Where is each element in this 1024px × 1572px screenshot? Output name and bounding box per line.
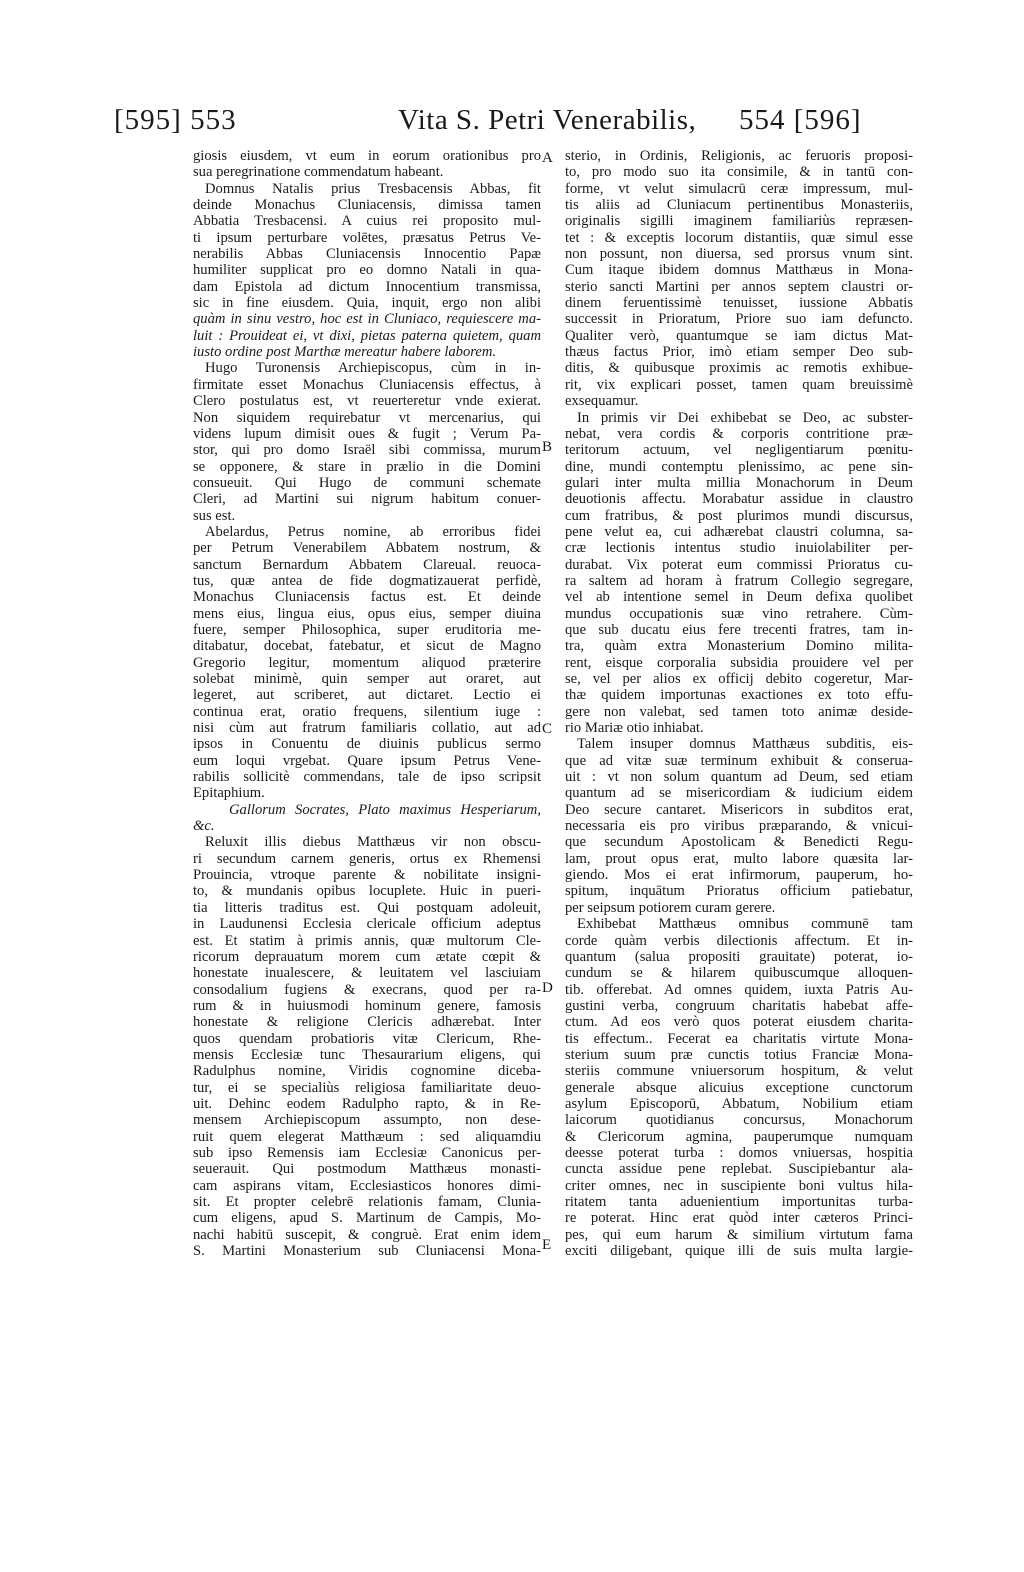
- text-line: rio Mariæ otio inhiabat.: [565, 720, 913, 736]
- text-line: tia litteris traditus est. Qui postquam …: [193, 900, 541, 916]
- page-number-left: [595] 553: [114, 100, 237, 140]
- text-line: cundum se & hilarem quibuscumque alloque…: [565, 965, 913, 981]
- text-line: rit, vix explicari posset, tamen quam br…: [565, 377, 913, 393]
- text-line: Non siquidem requirebatur vt mercenarius…: [193, 410, 541, 426]
- text-line: tis effectum.. Fecerat ea charitatis vir…: [565, 1031, 913, 1047]
- text-line: gulari inter multa millia Monachorum in …: [565, 475, 913, 491]
- text-line: quantum ad se misericordiam & iudicium e…: [565, 785, 913, 801]
- text-line: pes, qui eum harum & similium virtutum f…: [565, 1227, 913, 1243]
- text-line: forme, vt velut simulacrū ceræ impressum…: [565, 181, 913, 197]
- text-line: ditabatur, docebat, fatebatur, et sicut …: [193, 638, 541, 654]
- text-line: per Petrum Venerabilem Abbatem nostrum, …: [193, 540, 541, 556]
- text-line: re poterat. Hinc erat quòd inter cæteros…: [565, 1210, 913, 1226]
- text-line: Hugo Turonensis Archiepiscopus, cùm in i…: [193, 360, 541, 376]
- text-line: Epitaphium.: [193, 785, 541, 801]
- page-header: [595] 553 Vita S. Petri Venerabilis, 554…: [0, 100, 1024, 140]
- text-line: firmitate esset Monachus Cluniacensis ef…: [193, 377, 541, 393]
- text-line: sterio, in Ordinis, Religionis, ac feruo…: [565, 148, 913, 164]
- text-line: corde quàm verbis dilectionis affectum. …: [565, 933, 913, 949]
- text-line: nerabilis Abbas Cluniacensis Innocentio …: [193, 246, 541, 262]
- text-line: sub ipso Remensis iam Ecclesiæ Canonicus…: [193, 1145, 541, 1161]
- text-line: Abbatia Tresbacensi. A cuius rei proposi…: [193, 213, 541, 229]
- text-line: luit : Prouideat ei, vt dixi, pietas pat…: [193, 328, 541, 344]
- text-line: in Laudunensi Ecclesia clericale officiu…: [193, 916, 541, 932]
- text-line: que secundum Apostolicam & Benedicti Reg…: [565, 834, 913, 850]
- text-line: fuere, semper Philosophica, super erudit…: [193, 622, 541, 638]
- text-line: generale absque alicuius exceptione cunc…: [565, 1080, 913, 1096]
- text-line: Monachus Cluniacensis factus est. Et dei…: [193, 589, 541, 605]
- text-line: Abelardus, Petrus nomine, ab erroribus f…: [193, 524, 541, 540]
- text-line: cam aspirans vitam, Ecclesiasticos honor…: [193, 1178, 541, 1194]
- text-line: sit. Et propter celebrē relationis famam…: [193, 1194, 541, 1210]
- text-line: successit in Prioratum, Priore suo iam d…: [565, 311, 913, 327]
- text-line: criter omnes, nec in suscipiente boni vu…: [565, 1178, 913, 1194]
- text-line: laicorum quotidianus concursus, Monachor…: [565, 1112, 913, 1128]
- text-line: cræ lectionis intentus studio inuiolabil…: [565, 540, 913, 556]
- text-line: thæus factus Prior, imò etiam semper Deo…: [565, 344, 913, 360]
- text-line: ipsos in Conuentu de diuinis publicus se…: [193, 736, 541, 752]
- text-line: mensis Ecclesiæ tunc Thesaurarium eligen…: [193, 1047, 541, 1063]
- text-line: exsequamur.: [565, 393, 913, 409]
- text-line: asylum Episcoporū, Abbatum, Nobilium eti…: [565, 1096, 913, 1112]
- text-line: tur, ei se specialiùs religiosa familiar…: [193, 1080, 541, 1096]
- text-line: giendo. Mos ei erat infirmorum, pauperum…: [565, 867, 913, 883]
- text-line: iusto ordine post Marthæ mereatur habere…: [193, 344, 541, 360]
- text-line: videns lupum dimisit oues & fugit ; Veru…: [193, 426, 541, 442]
- text-line: sua peregrinatione commendatum habeant.: [193, 164, 541, 180]
- text-line: ctum. Ad eos verò quos poterat eiusdem c…: [565, 1014, 913, 1030]
- text-line: Talem insuper domnus Matthæus subditis, …: [565, 736, 913, 752]
- text-line: Deo secure cantaret. Misericors in subdi…: [565, 802, 913, 818]
- left-column: giosis eiusdem, vt eum in eorum orationi…: [193, 148, 541, 1259]
- text-line: ricorum deprauatum morem cum ætate cœpit…: [193, 949, 541, 965]
- text-line: se opponere, & stare in prælio in die Do…: [193, 459, 541, 475]
- text-line: per seipsum potiorem curam gerere.: [565, 900, 913, 916]
- text-line: seuerauit. Qui postmodum Matthæus monast…: [193, 1161, 541, 1177]
- text-line: steriis commune vniuersorum hospitum, & …: [565, 1063, 913, 1079]
- text-line: quàm in sinu vestro, hoc est in Cluniaco…: [193, 311, 541, 327]
- text-line: originalis sigilli imaginem familiariùs …: [565, 213, 913, 229]
- text-line: sic in fine eiusdem. Quia, inquit, ergo …: [193, 295, 541, 311]
- text-line: tra, quàm extra Monasterium Domino milit…: [565, 638, 913, 654]
- text-line: & Clericorum agmina, pauperumque numquam: [565, 1129, 913, 1145]
- text-line: nebat, vera cordis & corporis contrition…: [565, 426, 913, 442]
- text-line: uit. Dehinc eodem Radulpho rapto, & in R…: [193, 1096, 541, 1112]
- text-line: nachi habitū suscepit, & congruè. Erat e…: [193, 1227, 541, 1243]
- text-line: lam, prout opus erat, multo labore quæsi…: [565, 851, 913, 867]
- text-line: ditis, & quibusque proximis ac remotis e…: [565, 360, 913, 376]
- text-line: tet : & exceptis locorum distantiis, quæ…: [565, 230, 913, 246]
- text-line: In primis vir Dei exhibebat se Deo, ac s…: [565, 410, 913, 426]
- text-line: se, vel per alios ex officij debito coge…: [565, 671, 913, 687]
- text-line: Qualiter verò, quantumque se iam dictus …: [565, 328, 913, 344]
- text-line: gere non valebat, sed tamen toto animæ d…: [565, 704, 913, 720]
- text-line: que ad vitæ suæ terminum exhibuit & cons…: [565, 753, 913, 769]
- text-line: sterio sancti Martini per annos septem c…: [565, 279, 913, 295]
- text-line: to, & mundanis opibus locuplete. Huic in…: [193, 883, 541, 899]
- text-line: vel ab intentione semel in Deum defixa q…: [565, 589, 913, 605]
- text-line: consodalium fugiens & execrans, quod per…: [193, 982, 541, 998]
- running-title: Vita S. Petri Venerabilis,: [398, 100, 696, 140]
- text-line: ra saltem ad horam à fratrum Collegio se…: [565, 573, 913, 589]
- text-line: rent, eisque corporalia subsidia prouide…: [565, 655, 913, 671]
- text-line: S. Martini Monasterium sub Cluniacensi M…: [193, 1243, 541, 1259]
- text-line: eum loqui vrgebat. Quare ipsum Petrus Ve…: [193, 753, 541, 769]
- text-line: dam Epistola ad dictum Innocentium trans…: [193, 279, 541, 295]
- text-line: solebat minimè, quin semper aut oraret, …: [193, 671, 541, 687]
- text-line: deesse poterat turba : domos vniuersas, …: [565, 1145, 913, 1161]
- text-line: Clero postulatus est, vt reuerteretur vn…: [193, 393, 541, 409]
- text-line: Cleri, ad Martini sui nigrum habitum con…: [193, 491, 541, 507]
- text-line: sterium suum præ cunctis totius Franciæ …: [565, 1047, 913, 1063]
- text-line: sanctum Bernardum Abbatem Clareual. reuo…: [193, 557, 541, 573]
- text-line: necessaria eis pro viribus præparando, &…: [565, 818, 913, 834]
- text-line: pene velut ea, cui adhærebat claustri co…: [565, 524, 913, 540]
- text-line: nisi cùm aut fratrum familiaris collatio…: [193, 720, 541, 736]
- text-line: rabilis sollicitè commendans, tale de ip…: [193, 769, 541, 785]
- text-line: deuotionis affectu. Morabatur assidue in…: [565, 491, 913, 507]
- text-line: stor, qui pro domo Israël sibi commissa,…: [193, 442, 541, 458]
- page-number-right: 554 [596]: [739, 100, 862, 140]
- text-line: tus, quæ antea de fide dogmatizauerat pe…: [193, 573, 541, 589]
- text-line: mundus occupationis suæ vino retrahere. …: [565, 606, 913, 622]
- right-column: sterio, in Ordinis, Religionis, ac feruo…: [565, 148, 913, 1259]
- text-line: mensem Archiepiscopum assumpto, non dese…: [193, 1112, 541, 1128]
- text-line: giosis eiusdem, vt eum in eorum orationi…: [193, 148, 541, 164]
- text-line: Prouincia, vtroque parente & nobilitate …: [193, 867, 541, 883]
- text-line: deinde Monachus Cluniacensis, dimissa ta…: [193, 197, 541, 213]
- text-line: Exhibebat Matthæus omnibus communē tam: [565, 916, 913, 932]
- text-line: non possunt, non diuersa, sed prorsus vn…: [565, 246, 913, 262]
- text-line: &c.: [193, 818, 541, 834]
- text-line: cum eligens, apud S. Martinum de Campis,…: [193, 1210, 541, 1226]
- text-line: ti ipsum perturbare volētes, præsatus Pe…: [193, 230, 541, 246]
- text-line: sus est.: [193, 508, 541, 524]
- text-line: ri secundum carnem generis, ortus ex Rhe…: [193, 851, 541, 867]
- margin-letter: C: [542, 721, 552, 737]
- text-line: honestate & religione Clericis adhærebat…: [193, 1014, 541, 1030]
- text-line: thæ quidem importunas exactiones ex toto…: [565, 687, 913, 703]
- text-line: legeret, aut scriberet, aut dictaret. Le…: [193, 687, 541, 703]
- margin-letter: B: [542, 439, 552, 455]
- text-line: tib. offerebat. Ad omnes quidem, iuxta P…: [565, 982, 913, 998]
- text-line: gustini verba, congruum charitatis habeb…: [565, 998, 913, 1014]
- text-line: quantum (salua propositi grauitate) pote…: [565, 949, 913, 965]
- text-line: Gallorum Socrates, Plato maximus Hesperi…: [193, 802, 541, 818]
- text-line: exciti diligebant, quique illi de suis m…: [565, 1243, 913, 1259]
- text-line: ruit quem elegerat Matthæum : sed aliqua…: [193, 1129, 541, 1145]
- text-line: que sub ducatu eius fere trecenti fratre…: [565, 622, 913, 638]
- text-line: cuncta assidue pene replebat. Suscipieba…: [565, 1161, 913, 1177]
- text-line: uit : vt non solum quantum ad Deum, sed …: [565, 769, 913, 785]
- text-line: Radulphus nomine, Viridis cognomine dice…: [193, 1063, 541, 1079]
- text-line: to, pro modo suo ita consimile, & in tan…: [565, 164, 913, 180]
- text-line: est. Et statim à primis annis, quæ multo…: [193, 933, 541, 949]
- text-line: Reluxit illis diebus Matthæus vir non ob…: [193, 834, 541, 850]
- text-line: continua erat, oratio frequens, silentiu…: [193, 704, 541, 720]
- text-line: humiliter supplicat pro eo domno Natali …: [193, 262, 541, 278]
- text-line: dinem feruentissimè tenuisset, iussione …: [565, 295, 913, 311]
- text-line: dine, mundi contemptu plenissimo, ac pen…: [565, 459, 913, 475]
- text-line: tis aliis ad Cluniacum pertinentibus Mon…: [565, 197, 913, 213]
- text-line: Cum itaque ibidem domnus Matthæus in Mon…: [565, 262, 913, 278]
- text-line: quos quendam probatioris vitæ Clericum, …: [193, 1031, 541, 1047]
- text-line: cum fratribus, & post plurimos mundi dis…: [565, 508, 913, 524]
- text-line: mens eius, lingua eius, opus eius, sempe…: [193, 606, 541, 622]
- text-line: durabat. Vix poterat eum commissi Priora…: [565, 557, 913, 573]
- text-line: teritorum actuum, vel negligentiarum pœn…: [565, 442, 913, 458]
- margin-letter: A: [542, 150, 553, 166]
- text-line: Domnus Natalis prius Tresbacensis Abbas,…: [193, 181, 541, 197]
- text-line: ritatem tanta aduenientium importunitas …: [565, 1194, 913, 1210]
- text-line: consueuit. Qui Hugo de communi schemate: [193, 475, 541, 491]
- margin-letter: D: [542, 980, 553, 996]
- margin-letter: E: [542, 1237, 551, 1253]
- text-line: spitum, inquātum Prioratus officium pati…: [565, 883, 913, 899]
- text-line: Gregorio legitur, momentum aliquod præte…: [193, 655, 541, 671]
- text-line: rum & in huiusmodi hominum genere, famos…: [193, 998, 541, 1014]
- text-line: honestate inualescere, & leuitatem vel l…: [193, 965, 541, 981]
